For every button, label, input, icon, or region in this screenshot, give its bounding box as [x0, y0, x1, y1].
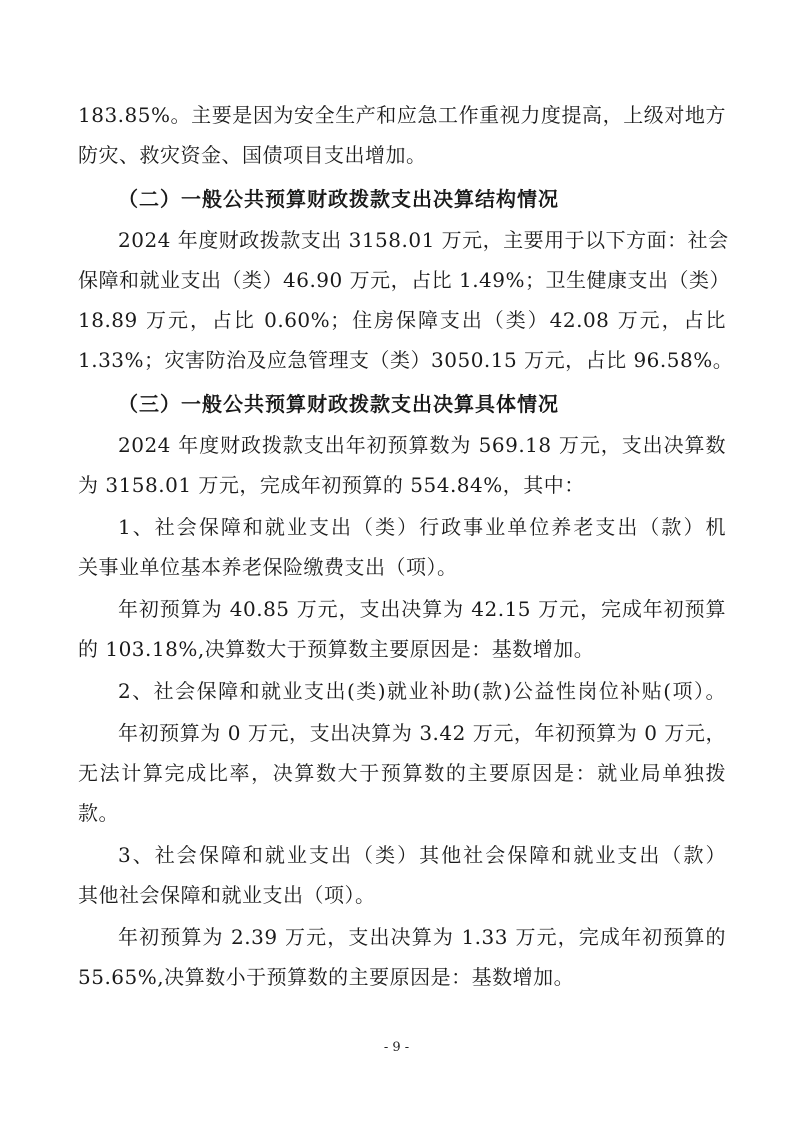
paragraph-line: 年初预算为 2.39 万元，支出决算为 1.33 万元，完成年初预算的: [78, 918, 726, 957]
paragraph-line: 55.65%,决算数小于预算数的主要原因是：基数增加。: [78, 958, 726, 997]
section-heading-3: （三）一般公共预算财政拨款支出决算具体情况: [78, 385, 726, 424]
paragraph-line: 无法计算完成比率，决算数大于预算数的主要原因是：就业局单独拨: [78, 754, 726, 793]
paragraph-line: 1、社会保障和就业支出（类）行政事业单位养老支出（款）机: [78, 508, 726, 547]
paragraph-line: 其他社会保障和就业支出（项）。: [78, 876, 726, 915]
paragraph-line: 的 103.18%,决算数大于预算数主要原因是：基数增加。: [78, 630, 726, 669]
paragraph-line: 年初预算为 0 万元，支出决算为 3.42 万元，年初预算为 0 万元，: [78, 714, 726, 753]
paragraph-line: 18.89 万元，占比 0.60%；住房保障支出（类）42.08 万元，占比: [78, 301, 726, 340]
paragraph-line: 关事业单位基本养老保险缴费支出（项）。: [78, 548, 726, 587]
paragraph-line: 1.33%；灾害防治及应急管理支（类）3050.15 万元，占比 96.58%。: [78, 341, 726, 380]
paragraph-line: 3、社会保障和就业支出（类）其他社会保障和就业支出（款）: [78, 836, 726, 875]
paragraph-line: 2024 年度财政拨款支出年初预算数为 569.18 万元，支出决算数: [78, 426, 726, 465]
section-heading-2: （二）一般公共预算财政拨款支出决算结构情况: [78, 180, 726, 219]
page-number: - 9 -: [0, 1040, 793, 1055]
paragraph-line: 防灾、救灾资金、国债项目支出增加。: [78, 136, 726, 175]
paragraph-line: 2、社会保障和就业支出(类)就业补助(款)公益性岗位补贴(项）。: [78, 672, 726, 711]
paragraph-line: 年初预算为 40.85 万元，支出决算为 42.15 万元，完成年初预算: [78, 590, 726, 629]
paragraph-line: 2024 年度财政拨款支出 3158.01 万元，主要用于以下方面：社会: [78, 221, 726, 260]
paragraph-line: 保障和就业支出（类）46.90 万元，占比 1.49%；卫生健康支出（类）: [78, 261, 726, 300]
paragraph-line: 款。: [78, 794, 726, 833]
paragraph-line: 183.85%。主要是因为安全生产和应急工作重视力度提高，上级对地方: [78, 96, 726, 135]
paragraph-line: 为 3158.01 万元，完成年初预算的 554.84%，其中：: [78, 466, 726, 505]
